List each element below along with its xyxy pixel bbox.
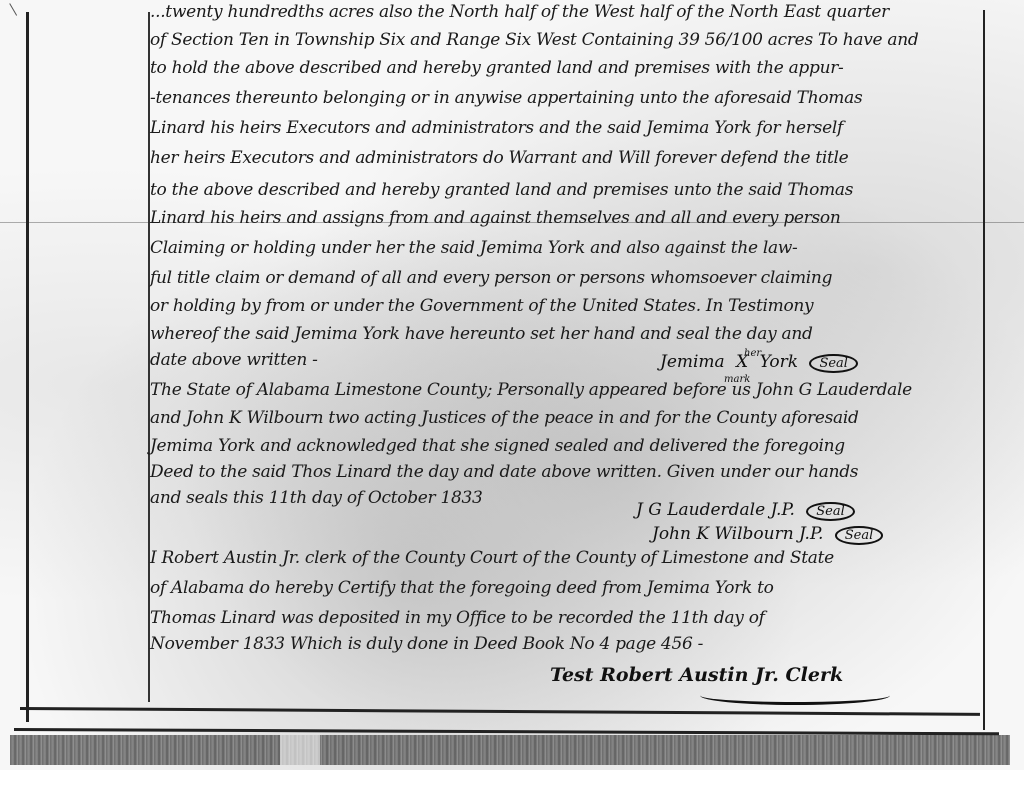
justice-seal: Seal: [835, 526, 884, 545]
mark-label-her: her: [744, 348, 761, 359]
certificate-line: of Alabama do hereby Certify that the fo…: [150, 578, 774, 598]
right-border: [983, 10, 985, 730]
justice-name: J G Lauderdale J.P.: [636, 500, 795, 520]
acknowledgment-line: Jemima York and acknowledged that she si…: [150, 436, 845, 456]
deed-line: -tenances thereunto belonging or in anyw…: [150, 88, 862, 108]
deed-line: whereof the said Jemima York have hereun…: [150, 324, 813, 344]
scan-edge-shadow: [10, 735, 1010, 765]
grantor-surname: York: [760, 352, 798, 372]
certificate-line: I Robert Austin Jr. clerk of the County …: [150, 548, 834, 568]
deed-line: date above written -: [150, 350, 318, 370]
deed-line: Linard his heirs and assigns from and ag…: [150, 208, 841, 228]
deed-line: ...twenty hundredths acres also the Nort…: [150, 2, 889, 22]
justice-signature-wilbourn: John K Wilbourn J.P. Seal: [652, 524, 883, 545]
scan-edge-highlight: [280, 735, 320, 765]
mark-label-mark: mark: [724, 374, 750, 385]
deed-line: to the above described and hereby grante…: [150, 180, 853, 200]
document-page: ...twenty hundredths acres also the Nort…: [0, 0, 1024, 794]
deed-line: her heirs Executors and administrators d…: [150, 148, 848, 168]
signature-flourish: [700, 686, 890, 705]
deed-line: to hold the above described and hereby g…: [150, 58, 844, 78]
grantor-first-name: Jemima: [660, 352, 725, 372]
justice-signature-lauderdale: J G Lauderdale J.P. Seal: [636, 500, 855, 521]
certificate-line: November 1833 Which is duly done in Deed…: [150, 634, 703, 654]
acknowledgment-line: and John K Wilbourn two acting Justices …: [150, 408, 859, 428]
deed-line: Linard his heirs Executors and administr…: [150, 118, 843, 138]
acknowledgment-line: The State of Alabama Limestone County; P…: [150, 380, 912, 400]
grantor-seal: Seal: [809, 354, 858, 373]
deed-line: of Section Ten in Township Six and Range…: [150, 30, 918, 50]
deed-line: Claiming or holding under her the said J…: [150, 238, 798, 258]
deed-line: or holding by from or under the Governme…: [150, 296, 813, 316]
outer-left-border: [26, 12, 29, 722]
deed-line: ful title claim or demand of all and eve…: [150, 268, 832, 288]
justice-name: John K Wilbourn J.P.: [652, 524, 823, 544]
certificate-line: Thomas Linard was deposited in my Office…: [150, 608, 765, 628]
acknowledgment-line: Deed to the said Thos Linard the day and…: [150, 462, 858, 482]
clerk-signature: Test Robert Austin Jr. Clerk: [550, 664, 843, 686]
justice-seal: Seal: [806, 502, 855, 521]
acknowledgment-line: and seals this 11th day of October 1833: [150, 488, 483, 508]
